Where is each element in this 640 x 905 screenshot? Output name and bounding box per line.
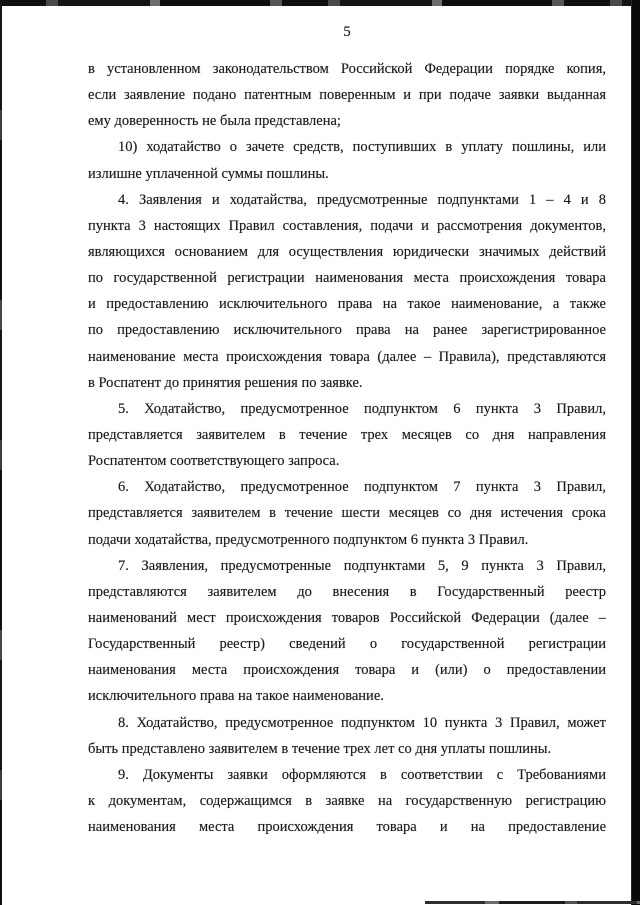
text-line: в установленном законодательством Россий… xyxy=(88,56,606,82)
text-line: и предоставлению исключительного права н… xyxy=(88,291,606,317)
text-line: быть представлено заявителем в течение т… xyxy=(88,736,606,762)
text-line: исключительного права на такое наименова… xyxy=(88,683,606,709)
text-line: наименования места происхождения товара … xyxy=(88,657,606,683)
text-line: наименование места происхождения товара … xyxy=(88,344,606,370)
text-line: наименования места происхождения товара … xyxy=(88,814,606,840)
scan-artifact-right-bar xyxy=(631,0,640,905)
text-line: если заявление подано патентным поверенн… xyxy=(88,82,606,108)
text-line: по государственной регистрации наименова… xyxy=(88,265,606,291)
text-line: подачи ходатайства, предусмотренного под… xyxy=(88,527,606,553)
text-line: 6. Ходатайство, предусмотренное подпункт… xyxy=(88,474,606,500)
text-line: излишне уплаченной суммы пошлины. xyxy=(88,161,606,187)
scan-artifact-bottom-line xyxy=(425,901,640,904)
text-line: 8. Ходатайство, предусмотренное подпункт… xyxy=(88,710,606,736)
text-line: в Роспатент до принятия решения по заявк… xyxy=(88,370,606,396)
text-line: к документам, содержащимся в заявке на г… xyxy=(88,788,606,814)
text-line: пункта 3 настоящих Правил составления, п… xyxy=(88,213,606,239)
text-line: Государственный реестр) сведений о госуд… xyxy=(88,631,606,657)
scan-artifact-top-edge xyxy=(0,0,640,6)
text-line: представляется заявителем в течение шест… xyxy=(88,500,606,526)
text-line: представляются заявителем до внесения в … xyxy=(88,579,606,605)
document-body: в установленном законодательством Россий… xyxy=(88,56,606,840)
text-line: Роспатентом соответствующего запроса. xyxy=(88,448,606,474)
document-page: 5 в установленном законодательством Росс… xyxy=(0,0,640,905)
text-line: 9. Документы заявки оформляются в соотве… xyxy=(88,762,606,788)
text-line: 5. Ходатайство, предусмотренное подпункт… xyxy=(88,396,606,422)
text-line: 10) ходатайство о зачете средств, поступ… xyxy=(88,134,606,160)
scan-artifact-left-edge xyxy=(0,0,2,905)
text-line: 7. Заявления, предусмотренные подпунктам… xyxy=(88,553,606,579)
text-line: 4. Заявления и ходатайства, предусмотрен… xyxy=(88,187,606,213)
text-line: по предоставлению исключительного права … xyxy=(88,317,606,343)
text-line: представляется заявителем в течение трех… xyxy=(88,422,606,448)
text-line: наименований мест происхождения товаров … xyxy=(88,605,606,631)
page-number: 5 xyxy=(88,24,606,41)
text-line: являющихся основанием для осуществления … xyxy=(88,239,606,265)
text-line: ему доверенность не была представлена; xyxy=(88,108,606,134)
